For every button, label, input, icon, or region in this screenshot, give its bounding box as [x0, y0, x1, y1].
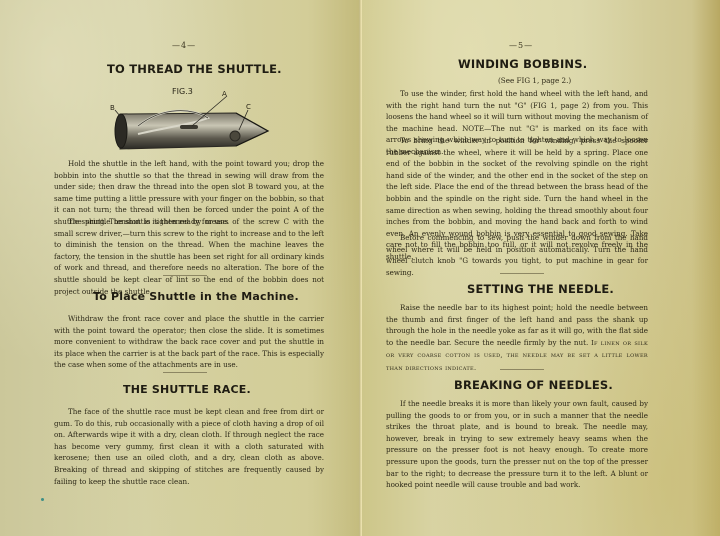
paragraph-thread-shuttle-2: The shuttle tension is tightened by mean…	[54, 216, 324, 297]
section-divider	[500, 369, 544, 370]
section-title-winding-bobbins: WINDING BOBBINS.	[458, 57, 587, 71]
section-title-place-shuttle: To Place Shuttle in the Machine.	[93, 290, 299, 303]
paragraph-winding-3: Before commencing to sew, push the winde…	[386, 232, 648, 278]
right-page: —5— WINDING BOBBINS. (See FIG 1, page 2.…	[362, 0, 720, 536]
paragraph-setting-needle: Raise the needle bar to its highest poin…	[386, 302, 648, 375]
left-page: —4— TO THREAD THE SHUTTLE. FIG.3 A B C	[0, 0, 362, 536]
section-divider	[500, 273, 544, 274]
figure-shuttle: FIG.3 A B C	[108, 86, 288, 156]
paragraph-shuttle-race: The face of the shuttle race must be kep…	[54, 406, 324, 487]
section-title-setting-needle: SETTING THE NEEDLE.	[467, 282, 614, 296]
section-divider	[163, 275, 207, 276]
paper-speck	[41, 498, 44, 501]
paragraph-place-shuttle: Withdraw the front race cover and place …	[54, 313, 324, 371]
paragraph-breaking-needles: If the needle breaks it is more than lik…	[386, 398, 648, 491]
booklet-spread: —4— TO THREAD THE SHUTTLE. FIG.3 A B C	[0, 0, 720, 536]
shuttle-icon	[108, 86, 288, 156]
section-divider	[163, 372, 207, 373]
section-subtitle: (See FIG 1, page 2.)	[498, 76, 571, 85]
page-number: —4—	[172, 41, 196, 50]
section-title-shuttle-race: THE SHUTTLE RACE.	[123, 383, 251, 396]
page-number: —5—	[509, 41, 533, 50]
section-title-thread-shuttle: TO THREAD THE SHUTTLE.	[107, 62, 282, 76]
section-title-breaking-needles: BREAKING OF NEEDLES.	[454, 378, 613, 392]
